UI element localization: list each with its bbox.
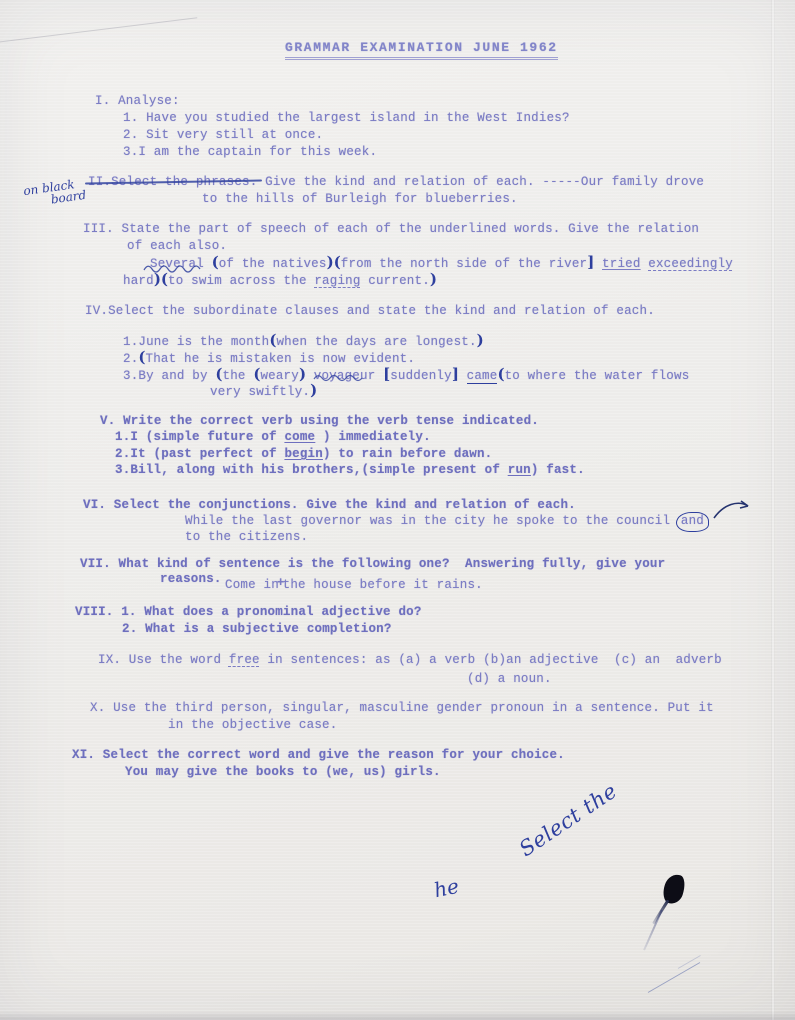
text [594, 257, 602, 271]
q5-item-1: 1.I (simple future of come ) immediately… [115, 429, 431, 445]
underlined-word-free: free [229, 653, 260, 667]
q8-item-1: VIII. 1. What does a pronominal adjectiv… [75, 604, 422, 620]
q1-item-1: 1. Have you studied the largest island i… [123, 110, 570, 126]
q10-heading: X. Use the third person, singular, mascu… [90, 700, 714, 716]
underlined-word-exceedingly: exceedingly [648, 257, 733, 271]
q7-sentence: Come in+the house before it rains. [225, 577, 483, 593]
q10-line-2: in the objective case. [168, 717, 337, 733]
pen-bracket: ] [452, 365, 459, 383]
typed-overstrike-mark: + [277, 576, 285, 590]
pen-paren: ( [212, 253, 219, 271]
underlined-word-raging: raging [314, 274, 360, 288]
text: ) to rain before dawn. [323, 447, 492, 461]
handwritten-select-the: Select the [515, 779, 621, 862]
text [459, 369, 467, 383]
text: very swiftly. [210, 385, 310, 399]
scanned-exam-page: GRAMMAR EXAMINATION JUNE 1962 I. Analyse… [0, 0, 795, 1020]
pen-paren: ( [138, 348, 145, 366]
text: to where the water flows [505, 369, 690, 383]
text: 3.Bill, along with his brothers,(simple … [115, 463, 508, 477]
q7-heading: VII. What kind of sentence is the follow… [80, 556, 665, 572]
q5-item-3: 3.Bill, along with his brothers,(simple … [115, 462, 585, 478]
text: from the north side of the river [341, 257, 587, 271]
q4-item-1: 1.June is the month(when the days are lo… [123, 332, 484, 350]
q11-heading: XI. Select the correct word and give the… [72, 747, 565, 763]
q6-sentence: While the last governor was in the city … [185, 513, 707, 529]
text: current. [361, 274, 430, 288]
q1-heading: I. Analyse: [95, 93, 180, 109]
q1-item-3: 3.I am the captain for this week. [123, 144, 377, 160]
pen-paren: ) [477, 331, 484, 349]
underlined-word-begin: begin [284, 447, 323, 461]
text: hard [123, 274, 154, 288]
ink-blot [660, 872, 688, 907]
pen-circled-word-and: and [676, 512, 709, 532]
pen-paren: ) [310, 381, 317, 399]
q9-heading: IX. Use the word free in sentences: as (… [98, 652, 722, 668]
handwritten-he: he [432, 874, 461, 903]
q8-item-2: 2. What is a subjective completion? [122, 621, 392, 637]
text: the [223, 369, 254, 383]
text: 2. [123, 352, 138, 366]
underlined-word-come: come [284, 430, 315, 444]
paper-crease-top [0, 17, 197, 44]
text: the house before it rains. [283, 578, 483, 592]
q5-heading: V. Write the correct verb using the verb… [100, 413, 539, 429]
text: to swim across the [168, 274, 314, 288]
text: 3.By and by [123, 369, 215, 383]
q4-heading: IV.Select the subordinate clauses and st… [85, 303, 655, 319]
q5-item-2: 2.It (past perfect of begin) to rain bef… [115, 446, 492, 462]
text: That he is mistaken is now evident. [146, 352, 416, 366]
text: when the days are longest. [276, 335, 476, 349]
text: 1.June is the month [123, 335, 269, 349]
text: IX. Use the word [98, 653, 229, 667]
pen-squiggle [142, 264, 208, 274]
text: While the last governor was in the city … [185, 514, 678, 528]
text: suddenly [390, 369, 452, 383]
pen-squiggle [312, 374, 364, 383]
q2-heading: II.Select the phrases. Give the kind and… [88, 174, 704, 190]
text: in sentences: as (a) a verb (b)an adject… [260, 653, 722, 667]
margin-note: on blackboard [22, 176, 87, 210]
pen-struck-text: II.Select the phrases. [88, 175, 257, 189]
paper-fold-right [771, 0, 775, 1020]
text: of the natives [219, 257, 327, 271]
q3-heading: III. State the part of speech of each of… [83, 221, 699, 237]
q1-item-2: 2. Sit very still at once. [123, 127, 323, 143]
q11-sentence: You may give the books to (we, us) girls… [125, 764, 441, 780]
pen-paren: ( [334, 253, 341, 271]
pen-paren: ) [430, 270, 437, 288]
pen-underlined-word-came: came [467, 369, 498, 384]
underlined-word-tried: tried [602, 257, 641, 271]
pen-paren: ) [299, 365, 306, 383]
q6-heading: VI. Select the conjunctions. Give the ki… [83, 497, 576, 513]
q4-item-2: 2.(That he is mistaken is now evident. [123, 349, 415, 367]
q9-line-2: (d) a noun. [467, 671, 552, 687]
text: ) fast. [531, 463, 585, 477]
pen-paren: ) [327, 253, 334, 271]
q3-heading-2: of each also. [127, 238, 227, 254]
pen-arrow [712, 496, 754, 522]
q3-sentence-1: Several (of the natives)(from the north … [150, 254, 733, 272]
q6-sentence-cont: to the citizens. [185, 529, 308, 545]
q2-heading-rest: Give the kind and relation of each. ----… [257, 175, 704, 189]
q7-heading-2: reasons. [160, 571, 222, 587]
pen-scratch [648, 962, 700, 993]
q2-line-2: to the hills of Burleigh for blueberries… [202, 191, 518, 207]
text: Come in [225, 578, 279, 592]
q4-item-3-cont: very swiftly.) [210, 382, 317, 400]
underlined-word-run: run [508, 463, 531, 477]
q4-item-3: 3.By and by (the (weary) voyageur [sudde… [123, 366, 689, 384]
text: 1.I (simple future of [115, 430, 284, 444]
paper-bottom-shadow [0, 1011, 795, 1020]
ink-smear [643, 909, 663, 950]
text: 2.It (past perfect of [115, 447, 284, 461]
text: weary [260, 369, 299, 383]
pen-paren: ( [497, 365, 504, 383]
exam-title: GRAMMAR EXAMINATION JUNE 1962 [285, 40, 558, 60]
text: ) immediately. [315, 430, 431, 444]
pen-paren: ( [215, 365, 222, 383]
